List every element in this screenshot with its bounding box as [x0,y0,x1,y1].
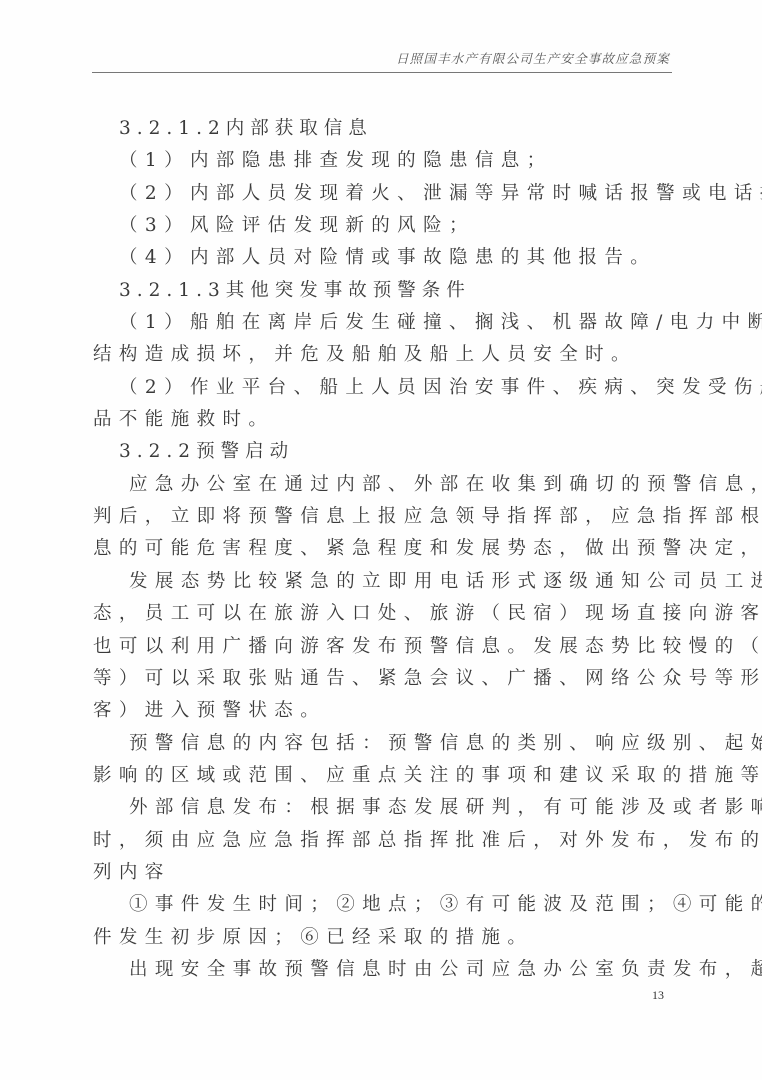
paragraph-line: 态，员工可以在旅游入口处、旅游（民宿）现场直接向游客发布预警信息， [93,598,673,630]
document-page: 日照国丰水产有限公司生产安全事故应急预案 3.2.1.2内部获取信息 （1）内部… [0,0,762,1080]
paragraph-line: 判后，立即将预警信息上报应急领导指挥部，应急指挥部根据预警条件信 [93,501,673,533]
paragraph-line: 列内容 [93,857,673,889]
paragraph-line: 应急办公室在通过内部、外部在收集到确切的预警信息，作出初步研 [93,469,673,501]
list-item: （3）风险评估发现新的风险； [93,210,673,242]
paragraph-line: ①事件发生时间；②地点；③有可能波及范围；④可能的损失；⑤事 [93,889,673,921]
list-item: （2）作业平台、船上人员因治安事件、疾病、突发受伤船上所配备药 [93,372,673,404]
paragraph-line: 发展态势比较紧急的立即用电话形式逐级通知公司员工进入预警状 [93,566,673,598]
paragraph-line: 时，须由应急应急指挥部总指挥批准后，对外发布，发布的内容应包括下 [93,825,673,857]
page-number: 13 [652,988,664,1003]
paragraph-line: 影响的区域或范围、应重点关注的事项和建议采取的措施等内容。 [93,760,673,792]
paragraph-line: 等）可以采取张贴通告、紧急会议、广播、网络公众号等形式告知员工（游 [93,663,673,695]
body-text: 3.2.1.2内部获取信息 （1）内部隐患排查发现的隐患信息； （2）内部人员发… [93,113,673,986]
paragraph-line: 件发生初步原因；⑥已经采取的措施。 [93,922,673,954]
paragraph-line: 息的可能危害程度、紧急程度和发展势态，做出预警决定，发布预警信息。 [93,533,673,565]
running-header-title: 日照国丰水产有限公司生产安全事故应急预案 [396,49,670,67]
paragraph-line: 客）进入预警状态。 [93,695,673,727]
paragraph-line: 外部信息发布：根据事态发展研判，有可能涉及或者影响到外部景区 [93,792,673,824]
section-heading-3-2-1-2: 3.2.1.2内部获取信息 [93,113,673,145]
list-item-continuation: 品不能施救时。 [93,404,673,436]
list-item: （4）内部人员对险情或事故隐患的其他报告。 [93,242,673,274]
list-item: （2）内部人员发现着火、泄漏等异常时喊话报警或电话报警； [93,178,673,210]
paragraph-line: 出现安全事故预警信息时由公司应急办公室负责发布，超出公司处置 [93,954,673,986]
list-item-continuation: 结构造成损坏，并危及船舶及船上人员安全时。 [93,339,673,371]
paragraph-line: 也可以利用广播向游客发布预警信息。发展态势比较慢的（例如自然灾害 [93,631,673,663]
paragraph-line: 预警信息的内容包括：预警信息的类别、响应级别、起始时间、可能 [93,728,673,760]
header-rule [92,72,672,73]
list-item: （1）船舶在离岸后发生碰撞、搁浅、机器故障/电力中断等致使船舶 [93,307,673,339]
list-item: （1）内部隐患排查发现的隐患信息； [93,145,673,177]
section-heading-3-2-1-3: 3.2.1.3其他突发事故预警条件 [93,275,673,307]
section-heading-3-2-2: 3.2.2预警启动 [93,436,673,468]
